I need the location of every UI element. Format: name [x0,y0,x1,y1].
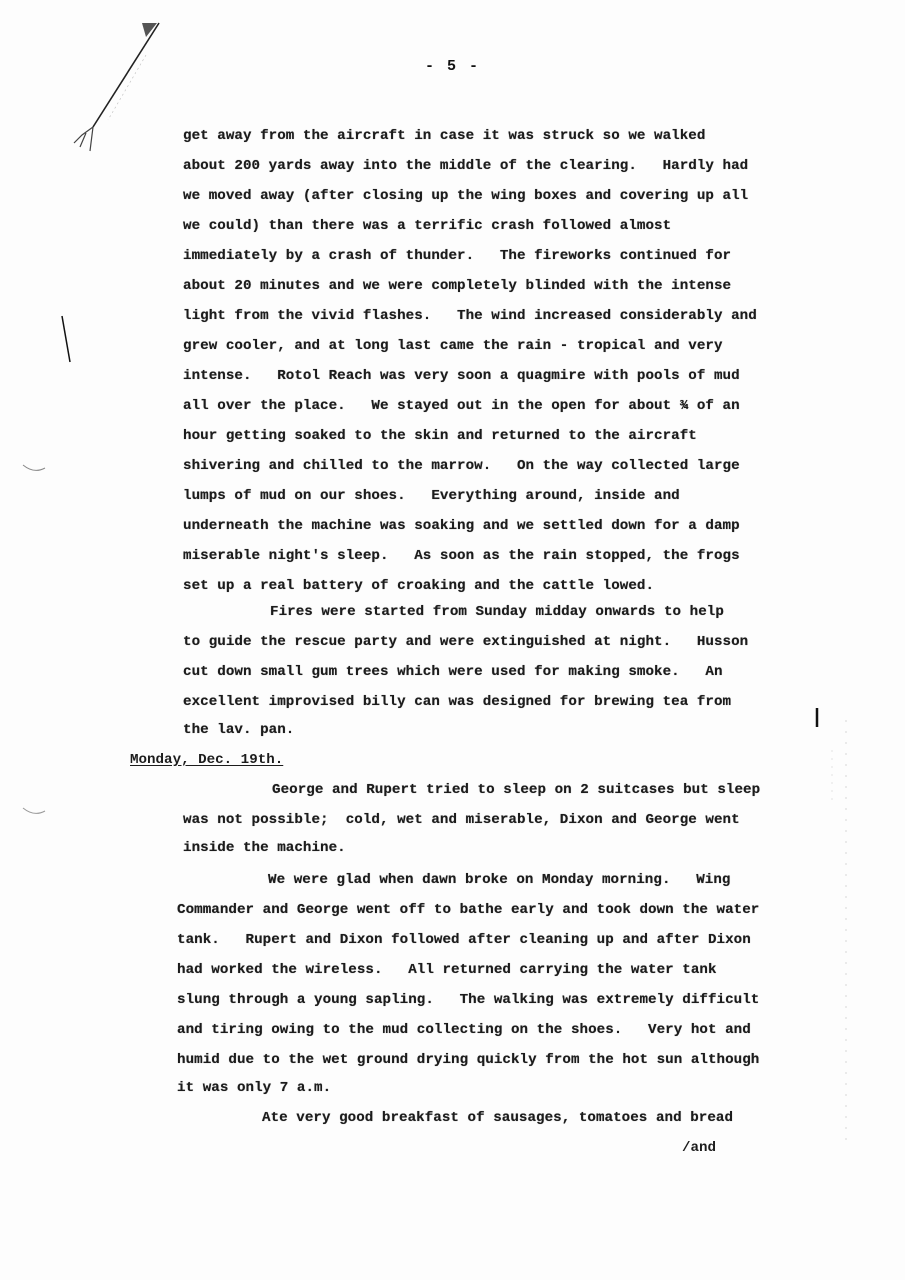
text-line: Commander and George went off to bathe e… [177,902,759,918]
text-line: was not possible; cold, wet and miserabl… [183,812,740,828]
text-line: George and Rupert tried to sleep on 2 su… [272,782,760,798]
text-line: cut down small gum trees which were used… [183,664,723,680]
text-line: it was only 7 a.m. [177,1080,331,1096]
text-line: set up a real battery of croaking and th… [183,578,654,594]
text-line: Fires were started from Sunday midday on… [270,604,724,620]
page-number: - 5 - [0,58,905,75]
hole-punch-arc-mark [20,805,50,825]
text-line: intense. Rotol Reach was very soon a qua… [183,368,740,384]
text-line: about 20 minutes and we were completely … [183,278,731,294]
text-line: had worked the wireless. All returned ca… [177,962,717,978]
section-heading-date: Monday, Dec. 19th. [130,752,283,768]
text-line: and tiring owing to the mud collecting o… [177,1022,751,1038]
text-line: get away from the aircraft in case it wa… [183,128,705,144]
catchword: /and [682,1140,716,1156]
text-line: We were glad when dawn broke on Monday m… [268,872,730,888]
text-line: to guide the rescue party and were extin… [183,634,748,650]
text-line: grew cooler, and at long last came the r… [183,338,723,354]
document-page: - 5 - get away from the aircraft in case… [0,0,905,1280]
text-line: about 200 yards away into the middle of … [183,158,748,174]
text-line: excellent improvised billy can was desig… [183,694,731,710]
text-line: tank. Rupert and Dixon followed after cl… [177,932,751,948]
text-line: the lav. pan. [183,722,294,738]
text-line: slung through a young sapling. The walki… [177,992,759,1008]
text-line: underneath the machine was soaking and w… [183,518,740,534]
margin-line-mark [55,310,75,370]
text-line: shivering and chilled to the marrow. On … [183,458,740,474]
hole-punch-arc-mark [20,460,50,480]
right-margin-speckle-mark [820,720,860,1140]
text-line: all over the place. We stayed out in the… [183,398,740,414]
text-line: inside the machine. [183,840,346,856]
text-line: immediately by a crash of thunder. The f… [183,248,731,264]
pen-stroke-mark [60,15,170,175]
text-line: Ate very good breakfast of sausages, tom… [262,1110,733,1126]
text-line: light from the vivid flashes. The wind i… [183,308,757,324]
text-line: hour getting soaked to the skin and retu… [183,428,697,444]
text-line: we moved away (after closing up the wing… [183,188,748,204]
text-line: humid due to the wet ground drying quick… [177,1052,759,1068]
text-line: we could) than there was a terrific cras… [183,218,671,234]
text-line: miserable night's sleep. As soon as the … [183,548,740,564]
text-line: lumps of mud on our shoes. Everything ar… [183,488,680,504]
